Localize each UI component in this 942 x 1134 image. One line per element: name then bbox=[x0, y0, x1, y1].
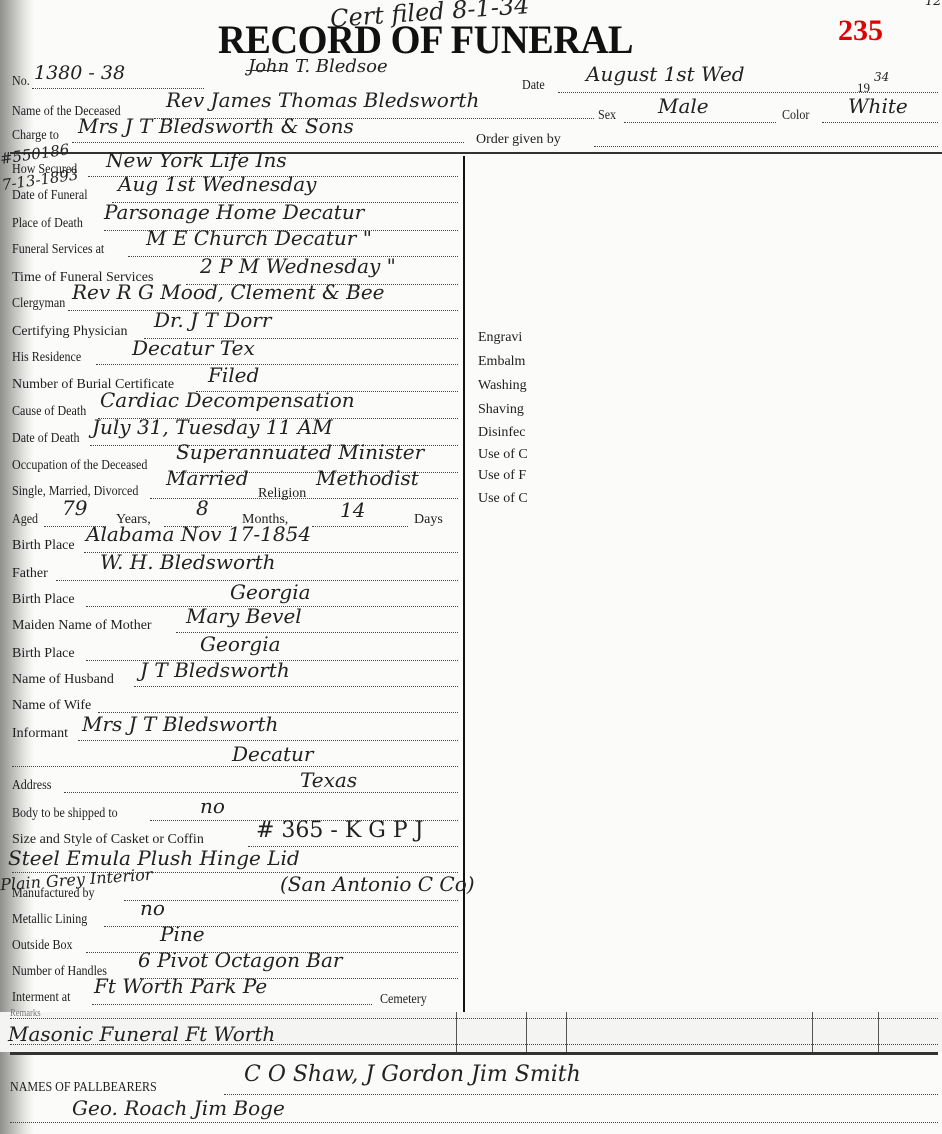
interment-at-label: Interment at bbox=[12, 990, 71, 1006]
service-use-of-c-1: Use of C bbox=[478, 447, 528, 463]
manufactured-by-label: Manufactured by bbox=[12, 886, 95, 902]
metallic-lining-value: no bbox=[140, 896, 165, 920]
pallbearers-value-line2: Geo. Roach Jim Boge bbox=[72, 1096, 285, 1120]
mother-maiden-name-label: Maiden Name of Mother bbox=[12, 618, 152, 634]
wife-label: Name of Wife bbox=[12, 698, 91, 714]
religion-value: Methodist bbox=[316, 466, 419, 490]
body-shipped-to-label: Body to be shipped to bbox=[12, 806, 118, 822]
cause-of-death-label: Cause of Death bbox=[12, 404, 86, 420]
order-given-by-label: Order given by bbox=[476, 132, 561, 148]
certifying-physician-value: Dr. J T Dorr bbox=[154, 308, 271, 332]
date-value: August 1st Wed bbox=[586, 62, 745, 86]
date-of-funeral-label: Date of Funeral bbox=[12, 188, 88, 204]
sex-value: Male bbox=[658, 94, 709, 118]
outside-box-value: Pine bbox=[160, 922, 205, 946]
place-of-death-value: Parsonage Home Decatur bbox=[104, 200, 364, 224]
informant-line-2 bbox=[12, 766, 458, 767]
service-shaving: Shaving bbox=[478, 402, 524, 418]
name-underline bbox=[246, 70, 286, 71]
how-secured-label: How Secured bbox=[12, 162, 77, 178]
religion-label: Religion bbox=[258, 486, 306, 502]
date-line bbox=[558, 92, 938, 93]
charge-to-value: Mrs J T Bledsworth & Sons bbox=[78, 114, 354, 138]
how-secured-value: New York Life Ins bbox=[106, 148, 287, 172]
father-value: W. H. Bledsworth bbox=[100, 550, 276, 574]
aged-label: Aged bbox=[12, 512, 38, 528]
remarks-top-line-right bbox=[456, 1018, 938, 1019]
date-of-death-value: July 31, Tuesday 11 AM bbox=[92, 415, 333, 439]
his-residence-value: Decatur Tex bbox=[132, 336, 255, 360]
days-label: Days bbox=[414, 512, 443, 528]
pallbearers-value-line1: C O Shaw, J Gordon Jim Smith bbox=[244, 1062, 581, 1087]
burial-certificate-value: Filed bbox=[208, 363, 259, 387]
pallbearers-line-1 bbox=[224, 1094, 938, 1095]
father-label: Father bbox=[12, 566, 48, 582]
aged-days-line bbox=[312, 526, 408, 527]
birth-place-label: Birth Place bbox=[12, 538, 75, 554]
interment-at-line bbox=[92, 1004, 372, 1005]
father-birth-place-value: Georgia bbox=[230, 580, 311, 604]
father-birth-place-label: Birth Place bbox=[12, 592, 75, 608]
service-disinfecting: Disinfec bbox=[478, 425, 525, 441]
pallbearers-line-2 bbox=[10, 1122, 938, 1123]
age-years-value: 79 bbox=[62, 496, 87, 520]
husband-value: J T Bledsworth bbox=[140, 658, 290, 682]
metallic-lining-label: Metallic Lining bbox=[12, 912, 87, 928]
corner-annotation: 12 bbox=[925, 0, 942, 9]
mother-maiden-name-value: Mary Bevel bbox=[186, 604, 302, 628]
clergyman-label: Clergyman bbox=[12, 296, 65, 312]
birth-place-value: Alabama Nov 17-1854 bbox=[86, 522, 311, 546]
remarks-divider bbox=[10, 1052, 938, 1055]
service-engraving: Engravi bbox=[478, 330, 522, 346]
informant-label: Informant bbox=[12, 726, 68, 742]
interment-at-value: Ft Worth Park Pe bbox=[94, 974, 267, 998]
funeral-services-at-value: M E Church Decatur " bbox=[146, 226, 372, 250]
body-shipped-to-value: no bbox=[200, 794, 225, 818]
outside-box-label: Outside Box bbox=[12, 938, 73, 954]
remarks-bottom-line bbox=[10, 1044, 938, 1045]
occupation-value: Superannuated Minister bbox=[176, 440, 424, 464]
husband-line bbox=[134, 686, 458, 687]
cause-of-death-value: Cardiac Decompensation bbox=[100, 388, 355, 412]
date-of-death-label: Date of Death bbox=[12, 431, 80, 447]
certifying-physician-label: Certifying Physician bbox=[12, 324, 128, 340]
service-use-of-f: Use of F bbox=[478, 468, 526, 484]
husband-label: Name of Husband bbox=[12, 672, 114, 688]
sex-label: Sex bbox=[598, 108, 616, 124]
casket-value-line2: Steel Emula Plush Hinge Lid bbox=[8, 846, 300, 870]
informant-line bbox=[78, 740, 458, 741]
service-washing: Washing bbox=[478, 378, 527, 394]
remarks-value: Masonic Funeral Ft Worth bbox=[8, 1022, 275, 1046]
mother-birth-place-value: Georgia bbox=[200, 632, 281, 656]
time-of-funeral-services-value: 2 P M Wednesday " bbox=[200, 254, 396, 278]
manufactured-by-value: (San Antonio C Co) bbox=[280, 872, 475, 896]
manufactured-by-line bbox=[124, 900, 458, 901]
metallic-lining-line bbox=[104, 926, 458, 927]
charge-to-line bbox=[72, 142, 464, 143]
color-label: Color bbox=[782, 108, 809, 124]
page-number: 235 bbox=[838, 14, 883, 48]
cemetery-label: Cemetery bbox=[380, 992, 427, 1008]
funeral-services-at-label: Funeral Services at bbox=[12, 242, 104, 258]
pallbearers-label: NAMES OF PALLBEARERS bbox=[10, 1080, 157, 1096]
handles-label: Number of Handles bbox=[12, 964, 107, 980]
place-of-death-label: Place of Death bbox=[12, 216, 83, 232]
name-of-deceased-value: Rev James Thomas Bledsworth bbox=[166, 88, 479, 112]
date-label: Date bbox=[522, 78, 545, 94]
marital-status-value: Married bbox=[166, 466, 249, 490]
casket-value: # 365 - K G P J bbox=[256, 818, 423, 843]
age-months-value: 8 bbox=[196, 496, 209, 520]
remarks-label: Remarks bbox=[10, 1008, 41, 1019]
informant-value-line2: Decatur bbox=[232, 742, 313, 766]
address-line bbox=[64, 792, 458, 793]
remarks-top-line bbox=[10, 1018, 456, 1019]
service-use-of-c-2: Use of C bbox=[478, 491, 528, 507]
record-number-value: 1380 - 38 bbox=[34, 62, 125, 84]
his-residence-label: His Residence bbox=[12, 350, 81, 366]
mother-birth-place-label: Birth Place bbox=[12, 646, 75, 662]
record-number-label: No. bbox=[12, 74, 30, 90]
handles-value: 6 Pivot Octagon Bar bbox=[138, 948, 343, 972]
service-embalming: Embalm bbox=[478, 354, 525, 370]
year-suffix: 34 bbox=[874, 70, 889, 84]
sex-line bbox=[624, 122, 776, 123]
date-of-funeral-value: Aug 1st Wednesday bbox=[118, 172, 316, 196]
color-line bbox=[822, 122, 938, 123]
informant-value: Mrs J T Bledsworth bbox=[82, 712, 278, 736]
his-residence-line bbox=[96, 364, 458, 365]
address-value: Texas bbox=[300, 768, 357, 792]
order-given-by-line bbox=[594, 146, 938, 147]
address-label: Address bbox=[12, 778, 51, 794]
occupation-label: Occupation of the Deceased bbox=[12, 458, 147, 474]
color-value: White bbox=[848, 94, 908, 118]
clergyman-value: Rev R G Mood, Clement & Bee bbox=[72, 280, 385, 304]
age-days-value: 14 bbox=[340, 498, 365, 522]
record-number-note: John T. Bledsoe bbox=[248, 56, 388, 77]
